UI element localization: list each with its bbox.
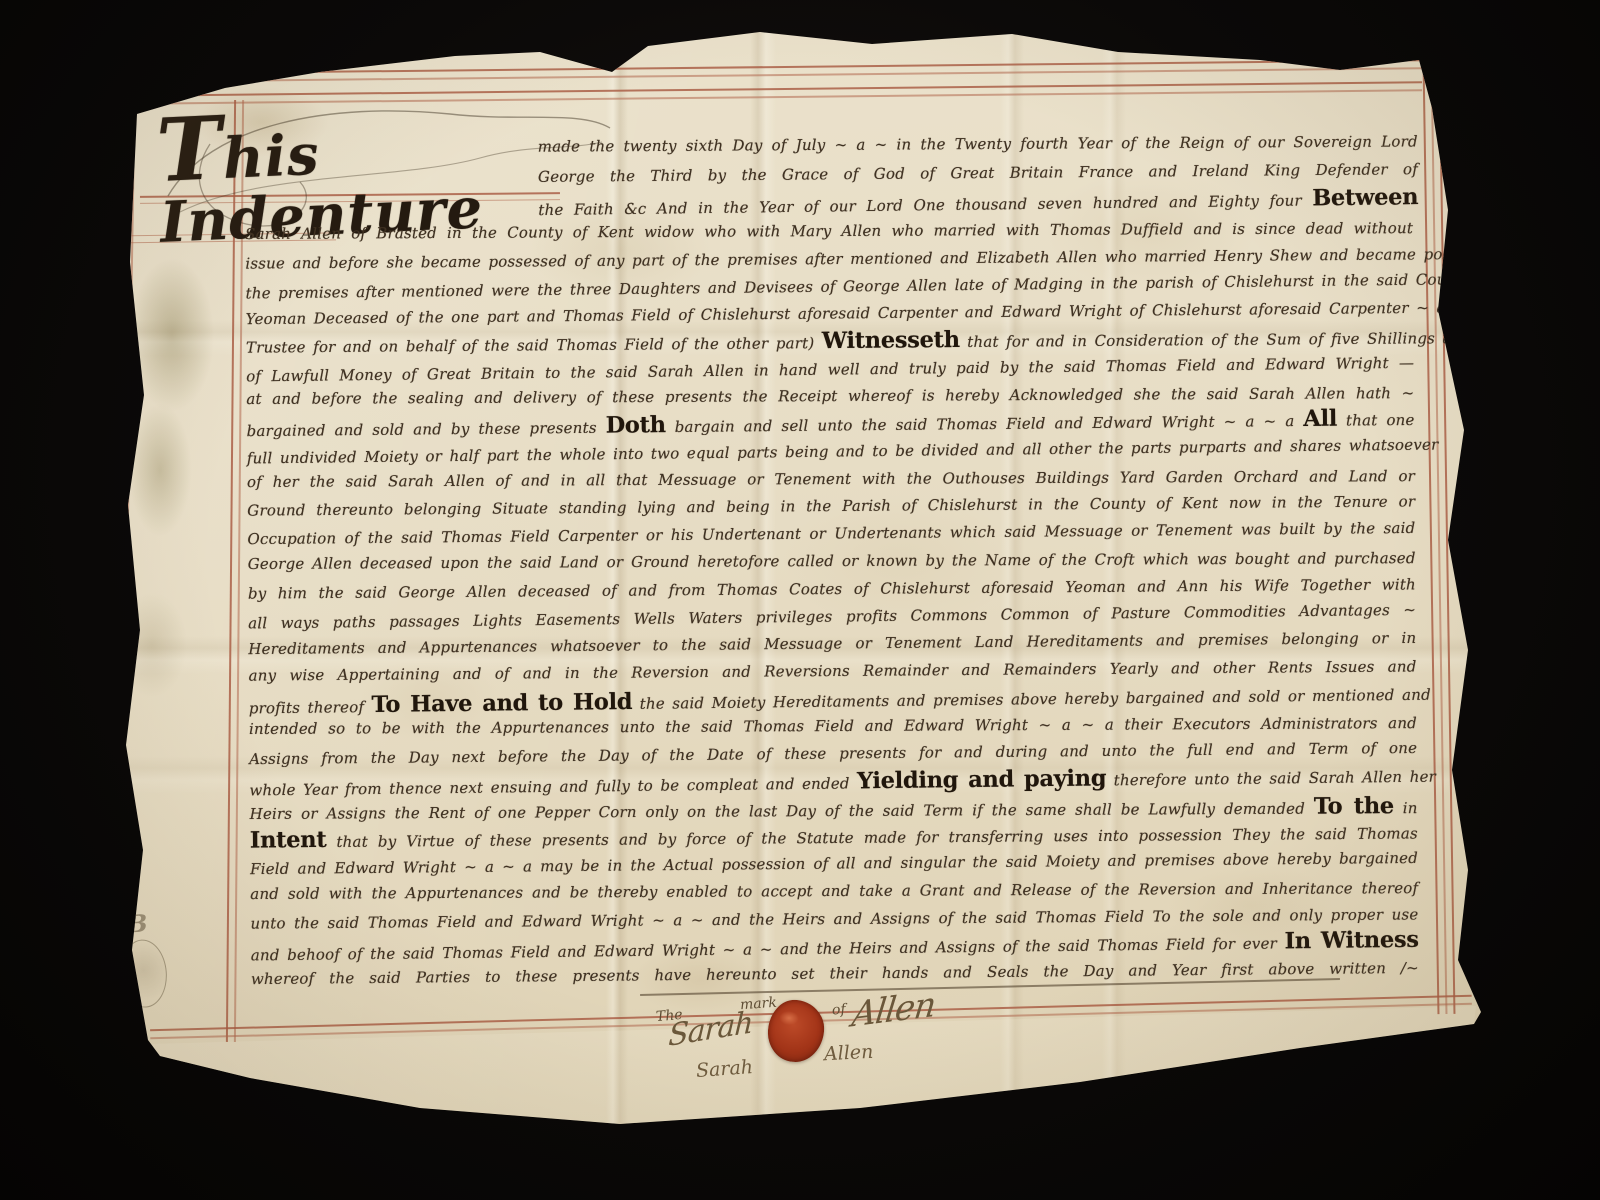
photo-background: This Indenture made the twenty sixth Day… — [0, 0, 1600, 1200]
edge-vignette — [0, 0, 1600, 1200]
parchment-deed: This Indenture made the twenty sixth Day… — [0, 0, 1600, 1200]
